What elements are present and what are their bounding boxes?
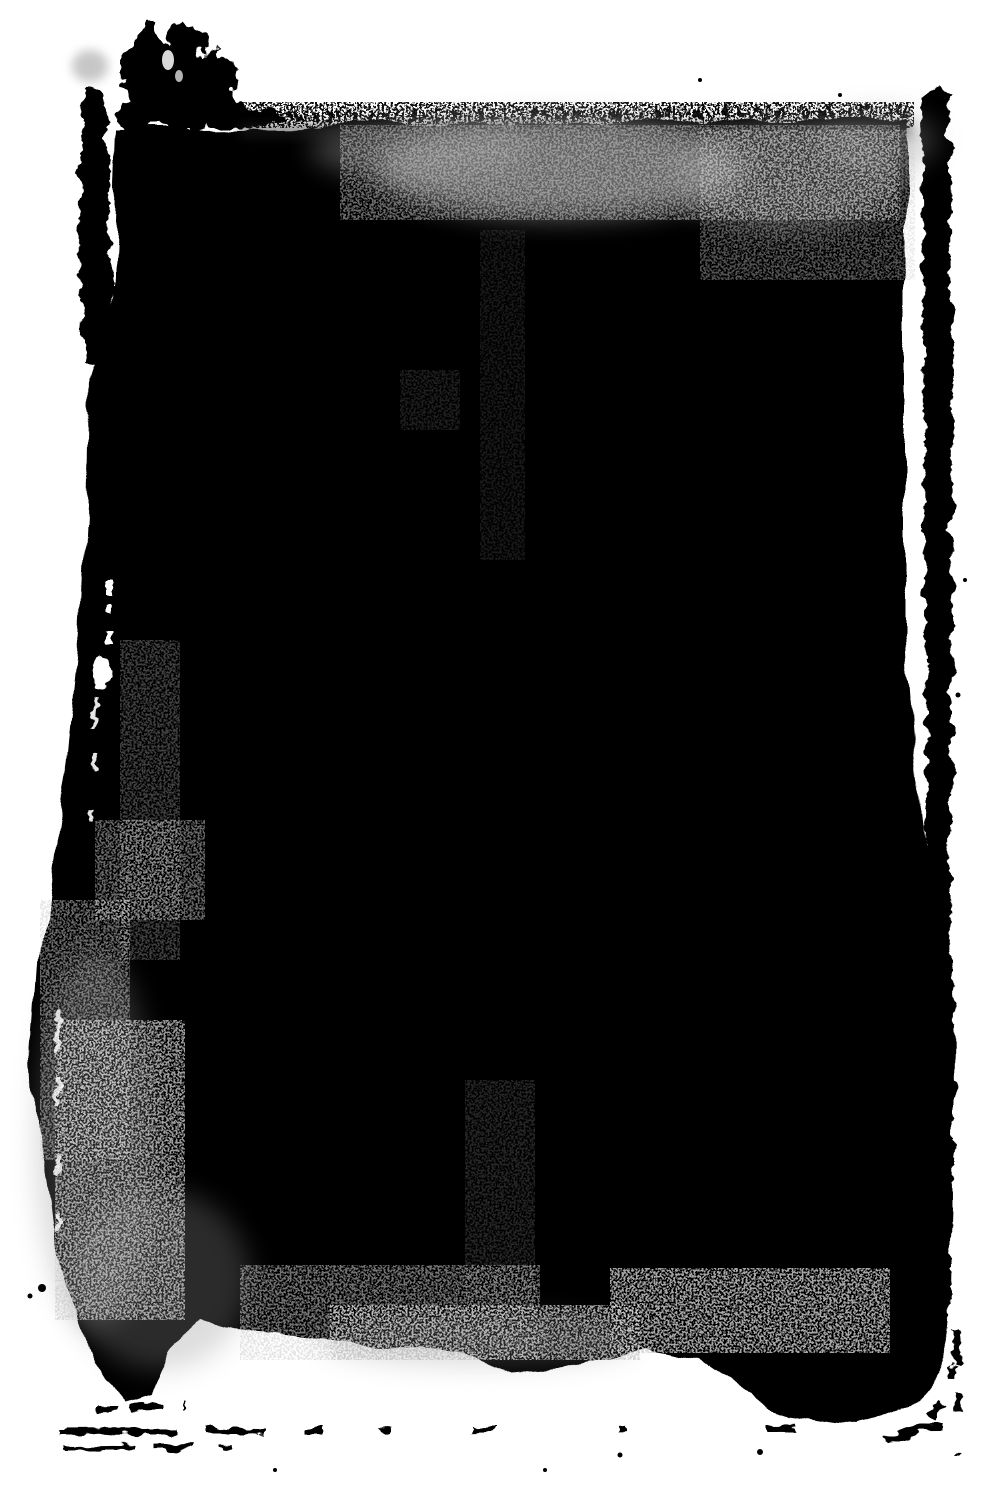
left-grain-patch [95, 820, 205, 920]
interior-speck-column-upper [480, 230, 525, 560]
stray-ink-dot [28, 1294, 33, 1299]
stray-ink-dot [838, 93, 842, 97]
ink-print-canvas [0, 0, 1000, 1500]
stray-ink-dot [963, 578, 967, 582]
bottom-right-grain [610, 1268, 890, 1353]
ink-print-artwork [0, 0, 1000, 1500]
interior-speck-patch [400, 370, 460, 430]
blob-white-gap-small [175, 70, 183, 82]
left-streak-gray-wisp [72, 50, 108, 82]
top-right-grain-texture [700, 130, 915, 280]
stray-ink-dot [757, 1449, 763, 1455]
stray-ink-dot [38, 1284, 46, 1292]
stray-ink-dot [543, 1468, 547, 1472]
left-white-hole [91, 655, 111, 689]
stray-ink-dot [956, 693, 961, 698]
bottom-edge-gray-band [320, 1314, 640, 1366]
bottom-left-grain [55, 1020, 185, 1320]
stray-ink-dot [698, 78, 702, 82]
stray-ink-dot [273, 1468, 277, 1472]
bottom-border-second-line [64, 1446, 258, 1448]
stray-ink-dot [618, 1453, 623, 1458]
blob-white-gap [162, 50, 174, 70]
